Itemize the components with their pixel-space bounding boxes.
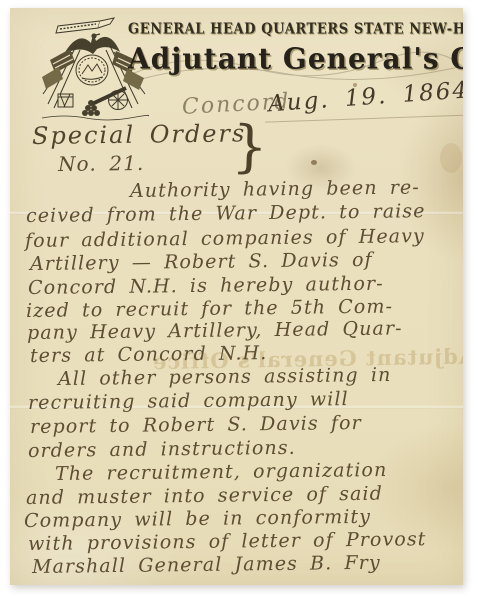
- manuscript-line: report to Robert S. Davis for: [30, 412, 362, 438]
- manuscript-line: ceived from the War Dept. to raise: [26, 200, 426, 227]
- manuscript-line: Concord N.H. is hereby author-: [28, 273, 384, 299]
- order-title: Special Orders: [32, 119, 247, 150]
- letterhead: GENERAL HEAD QUARTERS STATE NEW-HAMPSHIR…: [128, 22, 463, 75]
- manuscript-line: recruiting said company will: [28, 388, 349, 414]
- manuscript-line: orders and instructions.: [28, 437, 296, 462]
- letterhead-headline: GENERAL HEAD QUARTERS STATE NEW-HAMPSHIR…: [128, 21, 463, 38]
- dateline: Concord Aug. 19. 1864.: [170, 84, 463, 124]
- letterhead-office-line: Adjutant General's Office,: [128, 41, 463, 76]
- manuscript-line: ters at Concord N.H.: [30, 342, 268, 367]
- scanned-letter: GENERAL HEAD QUARTERS STATE NEW-HAMPSHIR…: [0, 0, 478, 599]
- printed-rule: [265, 114, 463, 122]
- manuscript-line: The recruitment, organization: [55, 459, 388, 485]
- manuscript-line: pany Heavy Artillery, Head Quar-: [27, 317, 403, 344]
- manuscript-line: Marshall General James B. Fry: [32, 552, 381, 578]
- manuscript-line: Company will be in conformity: [24, 506, 371, 532]
- manuscript-line: Artillery — Robert S. Davis of: [30, 249, 373, 275]
- ink-speck: [311, 160, 317, 165]
- manuscript-line: and muster into service of said: [26, 483, 383, 509]
- order-number: No. 21.: [58, 151, 145, 176]
- manuscript-line: All other persons assisting in: [58, 364, 392, 390]
- stain: [440, 143, 462, 173]
- letter-paper: GENERAL HEAD QUARTERS STATE NEW-HAMPSHIR…: [10, 8, 463, 585]
- order-brace: }: [231, 114, 269, 180]
- manuscript-line: Authority having been re-: [130, 176, 420, 202]
